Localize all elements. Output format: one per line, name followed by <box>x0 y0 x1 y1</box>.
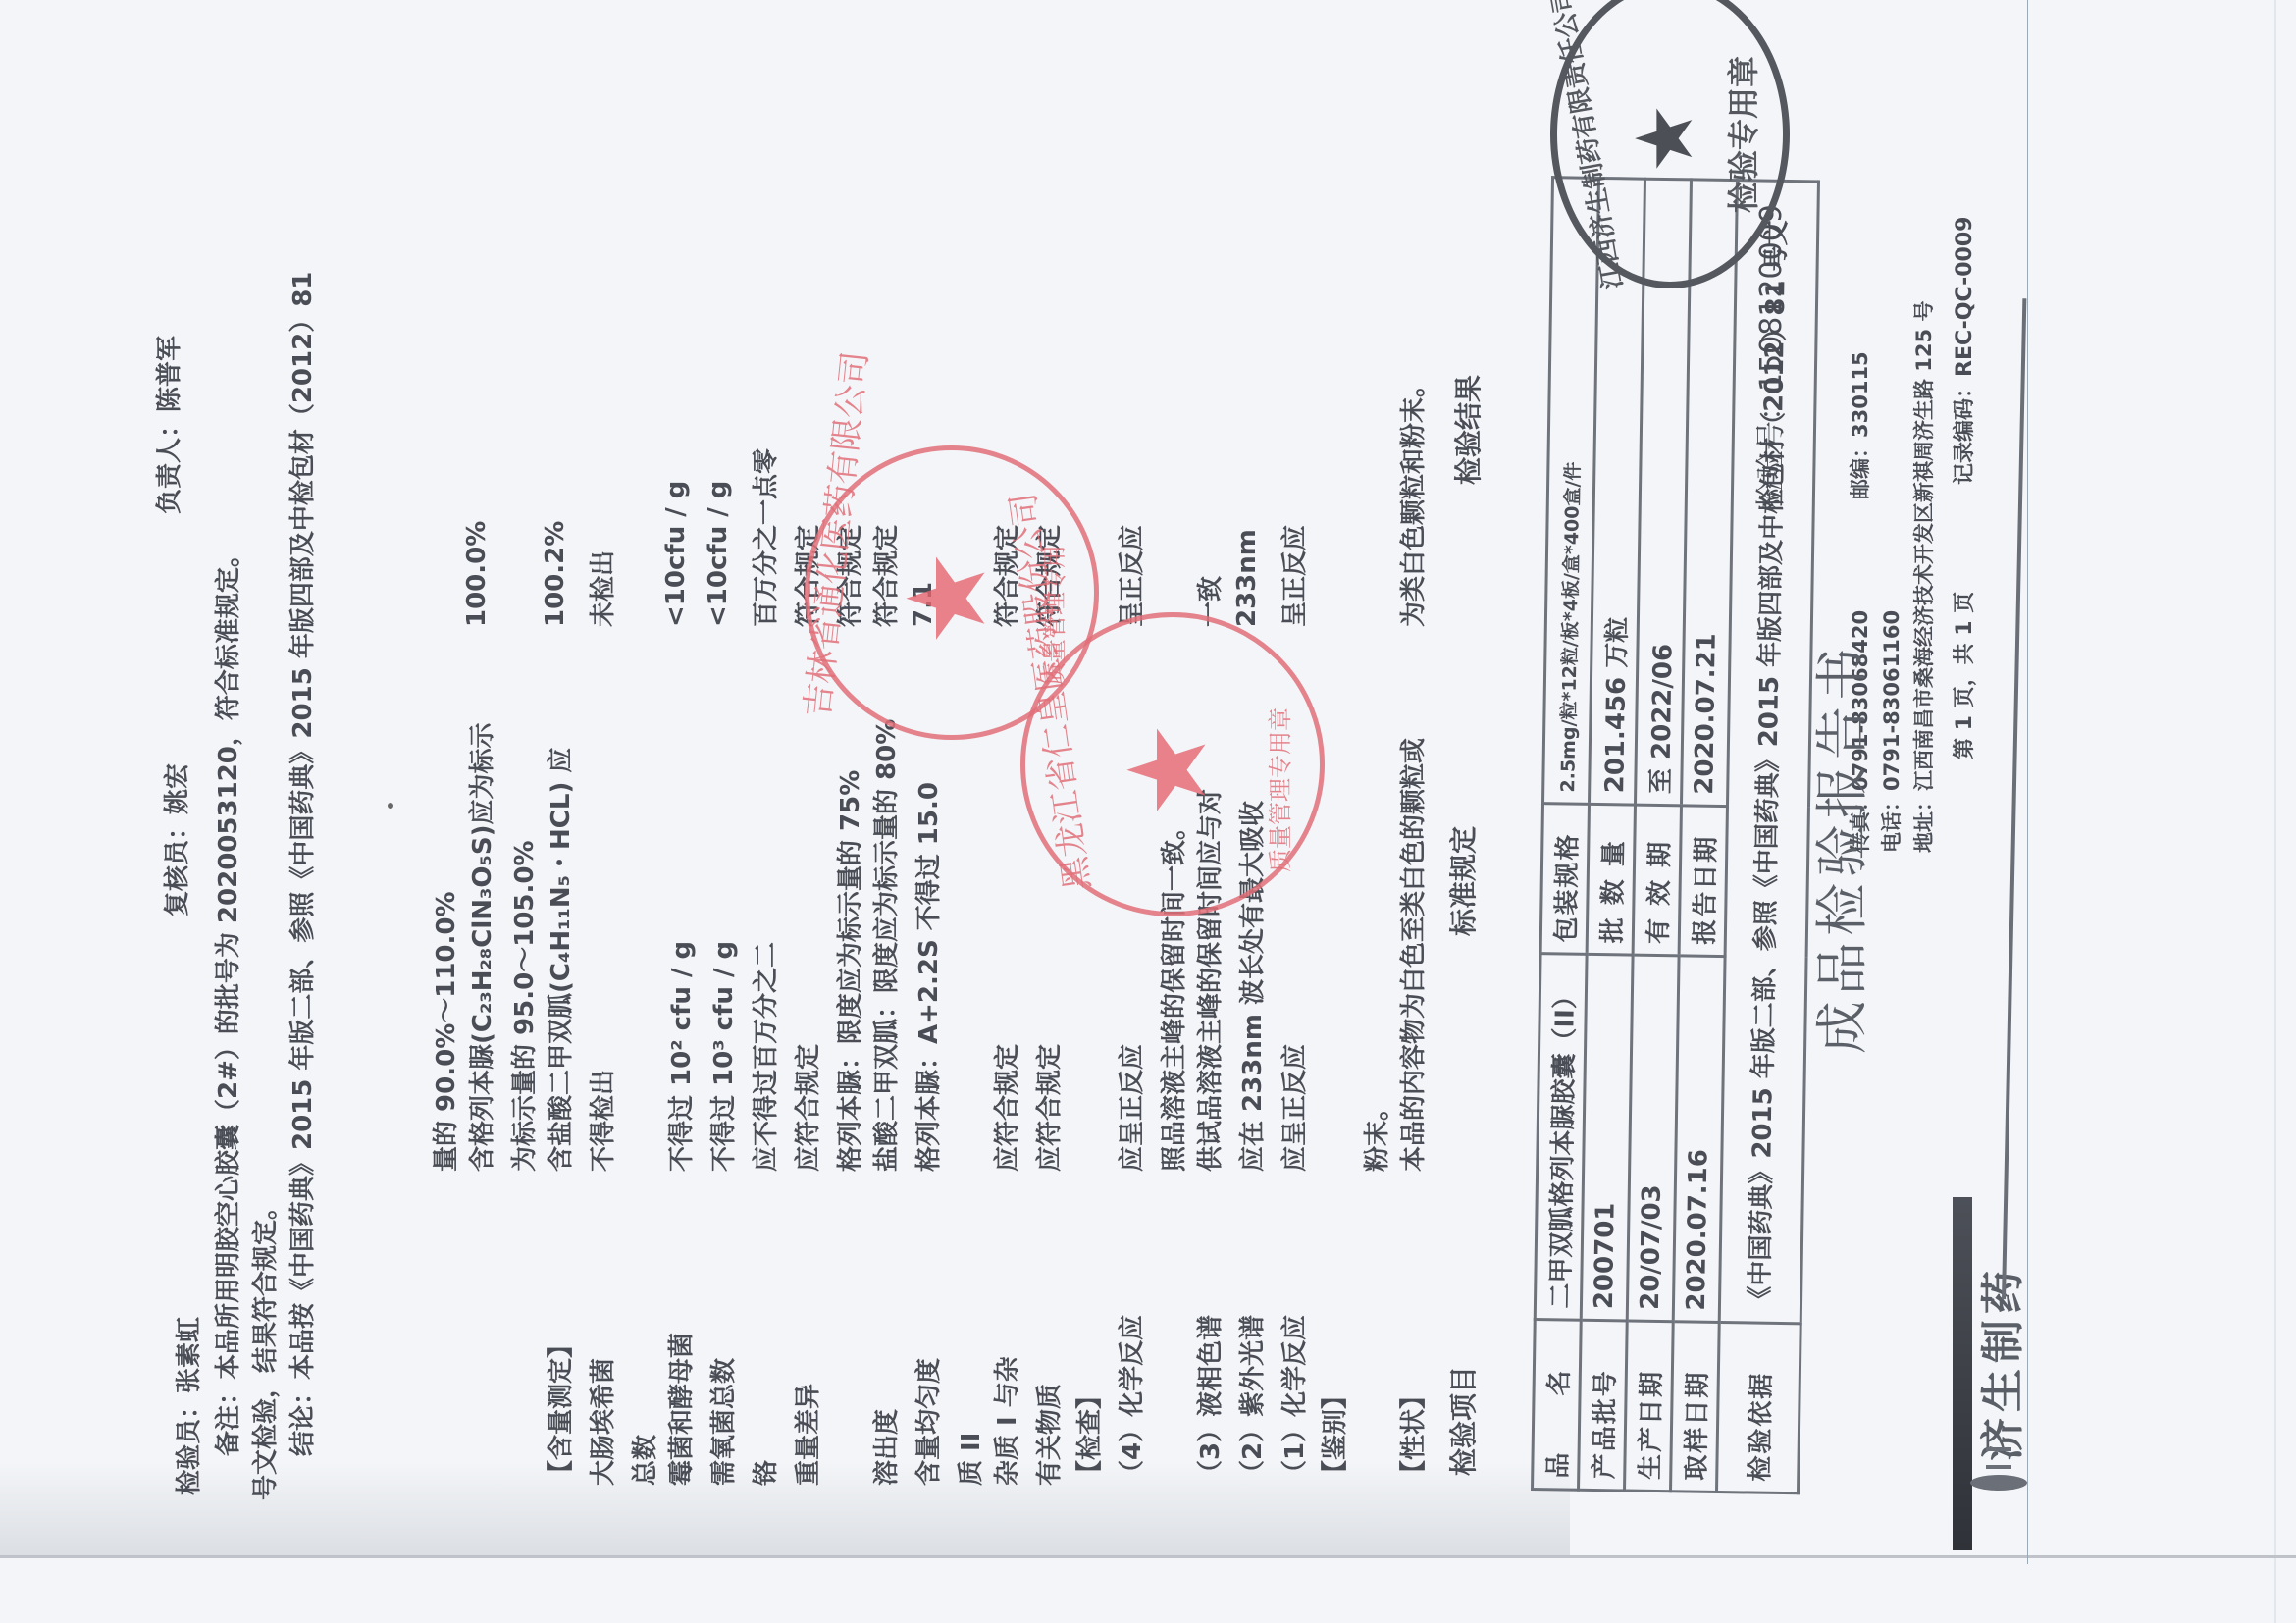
test-standard-cont: 量的 90.0%～110.0% <box>426 891 462 1172</box>
test-item-name-cont: 总数 <box>625 1435 661 1486</box>
section-header: 【含量测定】 <box>541 1333 577 1486</box>
test-result: 呈正反应 <box>1112 525 1148 627</box>
test-result: 100.0% <box>462 521 492 627</box>
test-item-name: （4）化学反应 <box>1112 1315 1148 1486</box>
company-address: 地址：江西南昌市桑海经济技术开发区新祺周济生路 125 号 <box>1908 301 1938 853</box>
test-item-name: 霉菌和酵母菌 <box>661 1333 698 1486</box>
product-info-table: 品 名 二甲双胍格列本脲胶囊（II） 包装规格 2.5mg/粒*12粒/板*4板… <box>1531 176 1820 1494</box>
page-info: 第 1 页，共 1 页 <box>1948 592 1978 759</box>
test-standard: 本品的内容物为白色至类白色的颗粒或 <box>1393 738 1430 1172</box>
prod-date: 20/07/03 <box>1627 955 1679 1322</box>
responsible-signature: 负责人：陈普军 <box>149 336 185 514</box>
test-standard: 盐酸二甲双胍：限度应为标示量的 80% <box>866 719 903 1172</box>
test-item-row: 重量差异应符合规定符合规定 <box>788 0 823 1623</box>
test-standard: 不得检出 <box>583 1070 619 1172</box>
report-date-label: 报告日期 <box>1679 806 1727 957</box>
test-item-name: 需氧菌总数 <box>704 1358 740 1486</box>
test-item-name: 含量均匀度 <box>909 1358 945 1486</box>
test-item-name: （2）紫外光谱 <box>1232 1315 1269 1486</box>
test-standard-cont: 粉末。 <box>1357 1095 1393 1172</box>
column-header-result: 检验结果 <box>1447 375 1487 485</box>
seal-inner-text: 检验专用章 <box>1719 56 1764 213</box>
test-standard-cont: 为标示量的 95.0～105.0% <box>504 841 541 1173</box>
seal-inner-text: 质量管理专用章 <box>1261 707 1295 872</box>
star-icon: ★ <box>1114 721 1222 818</box>
prod-date-label: 生产日期 <box>1625 1321 1674 1492</box>
basis-label: 检验依据 <box>1717 1322 1801 1492</box>
expiry-label: 有 效 期 <box>1633 805 1681 956</box>
red-seal-quality-2: ★ 吉林省通化医药有限公司 质量管理专用 <box>805 445 1099 740</box>
product-name: 二甲双胍格列本脲胶囊（II） <box>1535 954 1587 1321</box>
batch-qty-label: 批 数 量 <box>1587 804 1635 955</box>
company-postcode: 邮编：330115 <box>1845 351 1874 499</box>
test-result: 呈正反应 <box>1275 525 1311 627</box>
star-icon: ★ <box>893 550 1001 647</box>
sample-date: 2020.07.16 <box>1673 956 1725 1323</box>
test-item-row: 大肠埃希菌不得检出未检出 <box>583 0 618 1623</box>
test-item-row: 霉菌和酵母菌总数不得过 10² cfu / g<10cfu / g <box>661 0 697 1623</box>
test-standard-cont: 格列本脲：限度应为标示量的 75% <box>830 770 866 1172</box>
test-standard: 不得过 10³ cfu / g <box>704 941 740 1172</box>
column-header-standard: 标准规定 <box>1442 826 1482 936</box>
inspection-basis: 《中国药典》2015 年版二部、参照《中国药典》2015 年版四部及中检包材（2… <box>1719 181 1818 1324</box>
test-standard: 格列本脲：A+2.2S 不得过 15.0 <box>909 782 945 1172</box>
test-standard: 应不得过百万分之二 <box>746 942 782 1172</box>
report-page: 济生制药 第 1 页，共 1 页 记录编码：REC-QC-0009 地址：江西南… <box>0 0 2296 1623</box>
test-standard: 不得过 10² cfu / g <box>661 941 698 1172</box>
test-item-row: 需氧菌总数不得过 10³ cfu / g<10cfu / g <box>704 0 739 1623</box>
section-header: 【检查】 <box>1070 1384 1106 1486</box>
reviewer-signature: 复核员：姚宏 <box>157 763 193 916</box>
sample-date-label: 取样日期 <box>1671 1322 1720 1492</box>
batch-no-label: 产品批号 <box>1579 1320 1628 1491</box>
test-item-name: 有关物质 <box>1029 1384 1066 1486</box>
test-result: 未检出 <box>583 550 619 627</box>
test-item-name: 杂质 I 与杂 <box>987 1356 1023 1486</box>
section-header-row: 【性状】本品的内容物为白色至类白色的颗粒或粉末。为类白色颗粒和粉末。 <box>1393 0 1429 1623</box>
star-icon: ★ <box>1626 103 1704 174</box>
section-header: 【鉴别】 <box>1315 1384 1351 1486</box>
test-item-name: 铬 <box>746 1460 782 1486</box>
test-standard: 含格列本脲(C₂₃H₂₈ClN₃O₅S)应为标示 <box>462 722 498 1172</box>
test-standard: 应呈正反应 <box>1112 1044 1148 1172</box>
test-result: 为类白色颗粒和粉末。 <box>1393 372 1430 627</box>
conclusion-cont: 号文检验，结果符合规定。 <box>245 1194 282 1500</box>
conclusion: 结论：本品按《中国药典》2015 年版二部、参照《中国药典》2015 年版四部及… <box>283 272 319 1456</box>
section-header-row: 【鉴别】 <box>1315 0 1350 1623</box>
test-standard: 应符合规定 <box>788 1044 824 1172</box>
test-item-name: 溶出度 <box>866 1409 903 1486</box>
test-item-row: 溶出度盐酸二甲双胍：限度应为标示量的 80%格列本脲：限度应为标示量的 75%符… <box>866 0 902 1623</box>
company-logo-icon <box>1970 1475 2027 1491</box>
test-item-name: （1）化学反应 <box>1275 1315 1311 1486</box>
header-rule <box>2002 298 2026 1299</box>
test-item-name: 大肠埃希菌 <box>583 1358 619 1486</box>
test-result: 233nm <box>1232 529 1262 627</box>
package-spec-label: 包装规格 <box>1540 804 1589 955</box>
test-result: 百万分之一点零 <box>746 448 782 627</box>
test-standard: 应呈正反应 <box>1275 1044 1311 1172</box>
test-standard: 含盐酸二甲双胍(C₄H₁₁N₅・HCL) 应 <box>541 748 577 1172</box>
test-item-name: （3）液相色谱 <box>1190 1315 1226 1486</box>
company-phone: 电话：0791-83061160 <box>1876 610 1905 853</box>
inspector-signature: 检验员：张素虹 <box>169 1317 205 1495</box>
test-item-row: 含量均匀度格列本脲：A+2.2S 不得过 15.07.1 <box>909 0 944 1623</box>
speck <box>388 803 393 809</box>
product-name-label: 品 名 <box>1533 1320 1582 1491</box>
section-header-row: 【含量测定】含盐酸二甲双胍(C₄H₁₁N₅・HCL) 应为标示量的 95.0～1… <box>541 0 576 1623</box>
section-header: 【性状】 <box>1393 1384 1430 1486</box>
test-result: <10cfu / g <box>661 481 691 627</box>
batch-no: 200701 <box>1581 954 1633 1321</box>
record-code: 记录编码：REC-QC-0009 <box>1948 217 1978 485</box>
test-item-row: 含格列本脲(C₂₃H₂₈ClN₃O₅S)应为标示量的 90.0%～110.0%1… <box>462 0 497 1623</box>
remark: 备注：本品所用明胶空心胶囊（2#）的批号为 2020053120，符合标准规定。 <box>208 542 244 1456</box>
scan-line <box>2027 0 2028 1564</box>
test-standard: 应符合规定 <box>1029 1044 1066 1172</box>
test-result: 100.2% <box>541 521 570 627</box>
seal-inner-text: 质量管理专用 <box>1035 545 1070 686</box>
test-item-name: 重量差异 <box>788 1384 824 1486</box>
test-standard: 应符合规定 <box>987 1044 1023 1172</box>
test-item-row: 铬应不得过百万分之二百万分之一点零 <box>746 0 781 1623</box>
test-result: <10cfu / g <box>704 481 733 627</box>
letterhead-brand: 济生制药 <box>1967 1373 2030 1491</box>
brand-name: 济生制药 <box>1967 1265 2030 1461</box>
test-item-name-cont: 质 II <box>951 1433 987 1486</box>
test-item-row: 杂质 I 与杂质 II应符合规定符合规定 <box>987 0 1022 1623</box>
column-header-item: 检验项目 <box>1442 1366 1482 1476</box>
